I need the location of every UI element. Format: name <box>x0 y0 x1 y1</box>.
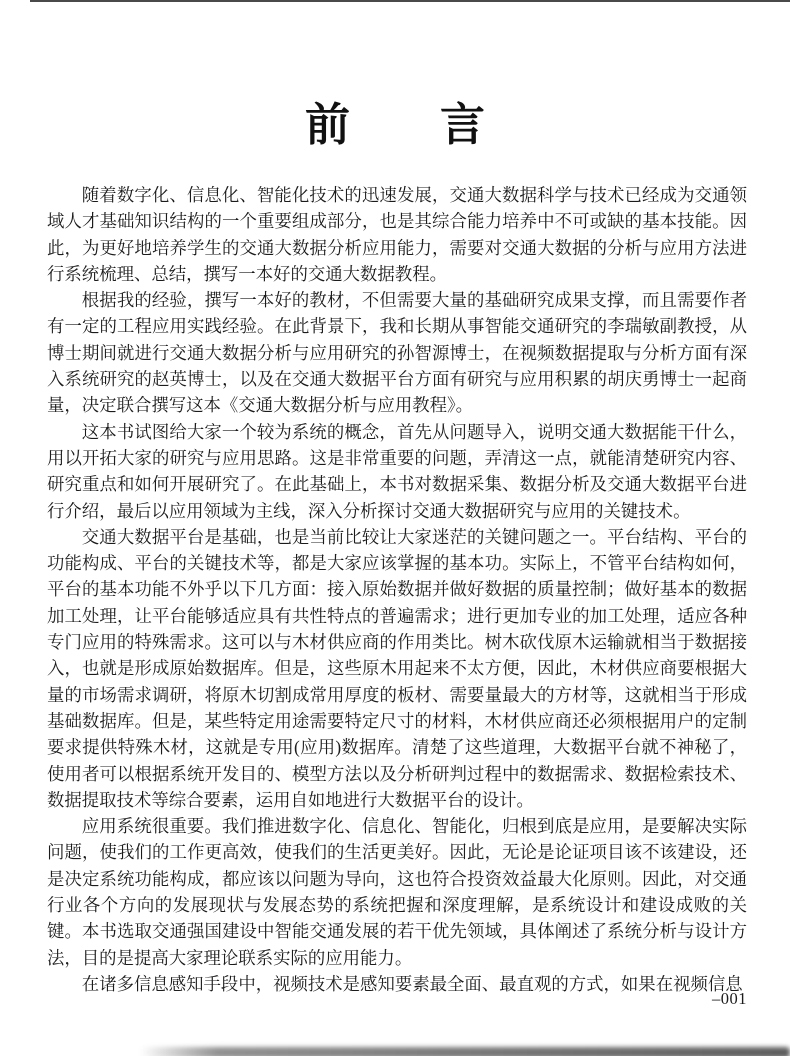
scan-artifact-top-line <box>30 0 790 2</box>
book-preface-page: 前 言 随着数字化、信息化、智能化技术的迅速发展，交通大数据科学与技术已经成为交… <box>0 0 790 1056</box>
paragraph: 在诸多信息感知手段中，视频技术是感知要素最全面、最直观的方式，如果在视频信息 <box>47 971 747 997</box>
scan-artifact-bottom-band <box>140 1047 790 1056</box>
page-title: 前 言 <box>0 88 790 153</box>
paragraph: 根据我的经验，撰写一本好的教材，不但需要大量的基础研究成果支撑，而且需要作者有一… <box>47 287 747 418</box>
paragraph: 应用系统很重要。我们推进数字化、信息化、智能化，归根到底是应用，是要解决实际问题… <box>47 813 747 971</box>
page-number: –001 <box>712 989 747 1009</box>
paragraph: 随着数字化、信息化、智能化技术的迅速发展，交通大数据科学与技术已经成为交通领域人… <box>47 182 747 287</box>
paragraph: 交通大数据平台是基础，也是当前比较让大家迷茫的关键问题之一。平台结构、平台的功能… <box>47 524 747 813</box>
preface-body: 随着数字化、信息化、智能化技术的迅速发展，交通大数据科学与技术已经成为交通领域人… <box>47 182 747 997</box>
paragraph: 这本书试图给大家一个较为系统的概念，首先从问题导入，说明交通大数据能干什么，用以… <box>47 419 747 524</box>
